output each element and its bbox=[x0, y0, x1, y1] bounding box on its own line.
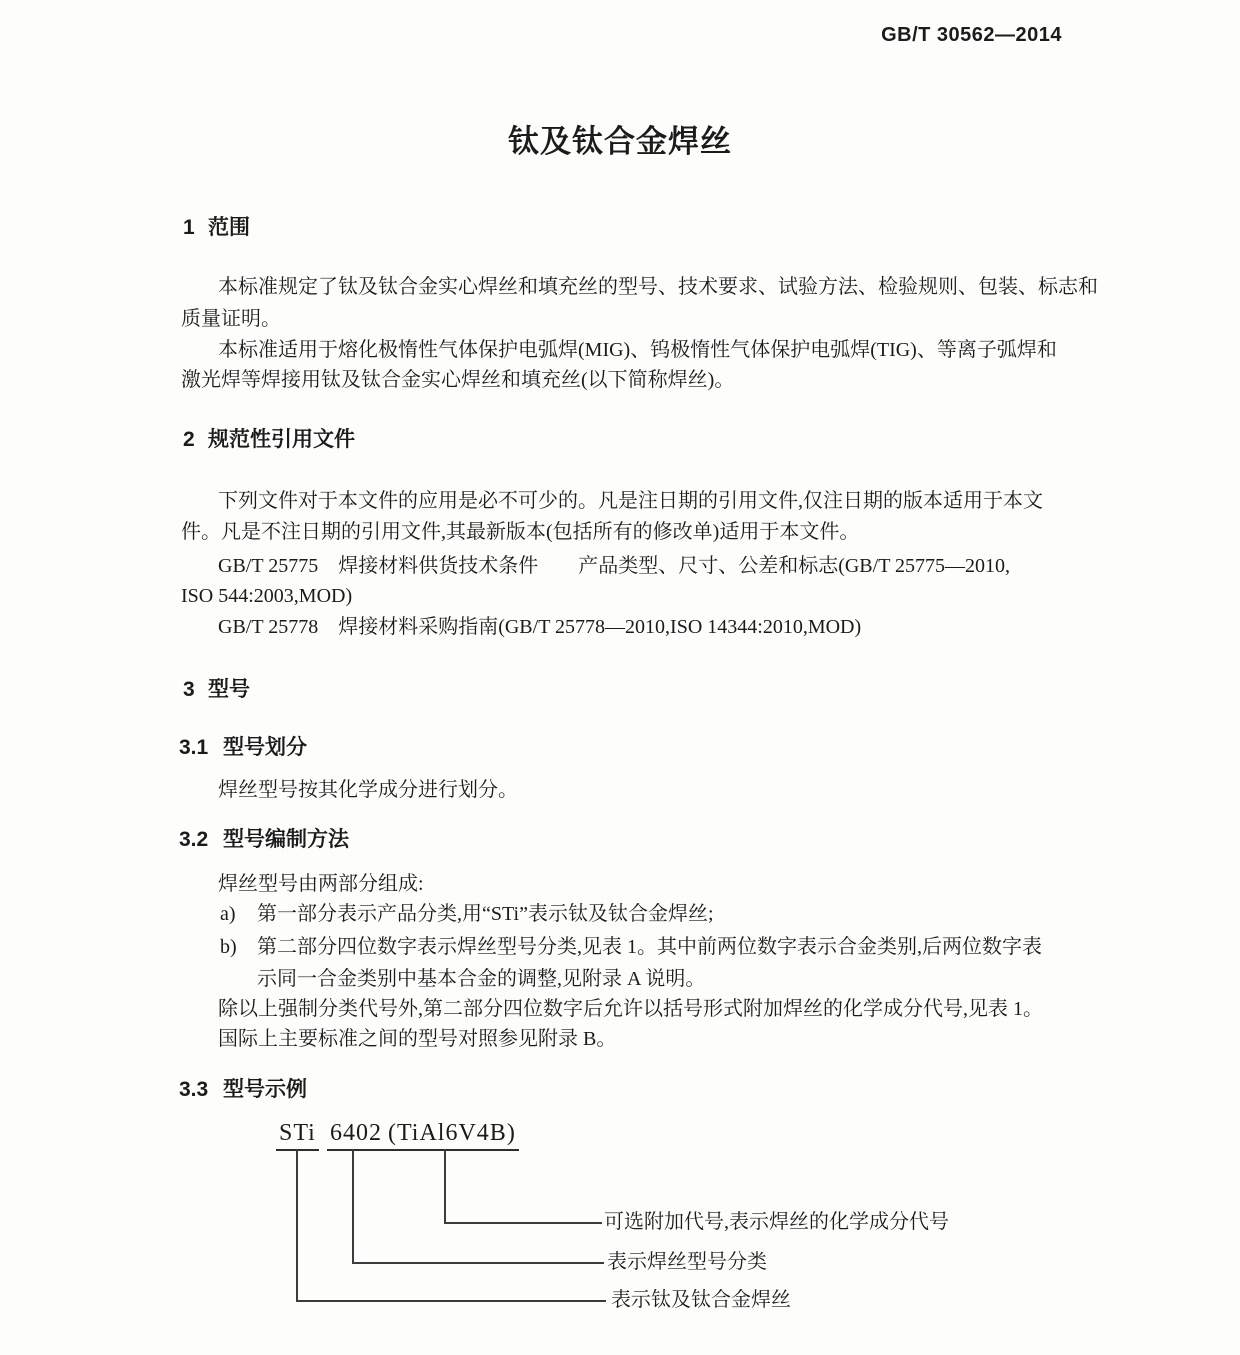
reference-2: GB/T 25778 焊接材料采购指南(GB/T 25778—2010,ISO … bbox=[218, 616, 861, 639]
scope-para2-line1: 本标准适用于熔化极惰性气体保护电弧焊(MIG)、钨极惰性气体保护电弧焊(TIG)… bbox=[218, 339, 1057, 362]
section-3-3-heading: 3.3 型号示例 bbox=[179, 1078, 307, 1102]
section-3-1-number: 3.1 bbox=[179, 736, 223, 760]
reference-1-line1: GB/T 25775 焊接材料供货技术条件 产品类型、尺寸、公差和标志(GB/T… bbox=[218, 555, 1010, 578]
section-3-2-title: 型号编制方法 bbox=[223, 828, 349, 852]
model-division-para: 焊丝型号按其化学成分进行划分。 bbox=[218, 779, 518, 802]
scope-para2-line2: 激光焊等焊接用钛及钛合金实心焊丝和填充丝(以下简称焊丝)。 bbox=[181, 369, 734, 392]
note-line2: 国际上主要标准之间的型号对照参见附录 B。 bbox=[218, 1028, 616, 1051]
example-product-code: STi bbox=[276, 1120, 319, 1151]
references-para-line1: 下列文件对于本文件的应用是必不可少的。凡是注日期的引用文件,仅注日期的版本适用于… bbox=[218, 490, 1043, 513]
list-item-b-marker: b) bbox=[220, 936, 257, 959]
section-3-title: 型号 bbox=[208, 678, 250, 702]
composition-intro: 焊丝型号由两部分组成: bbox=[218, 873, 424, 896]
leader-line-part1-vertical bbox=[296, 1149, 298, 1302]
leader-line-part2-horizontal bbox=[352, 1262, 604, 1264]
scope-para1-line2: 质量证明。 bbox=[181, 308, 281, 331]
note-line1: 除以上强制分类代号外,第二部分四位数字后允许以括号形式附加焊丝的化学成分代号,见… bbox=[218, 998, 1043, 1021]
standard-code: GB/T 30562—2014 bbox=[881, 24, 1062, 47]
example-model-digits: 6402 bbox=[327, 1120, 385, 1151]
section-3-3-number: 3.3 bbox=[179, 1078, 223, 1102]
scope-para1-line1: 本标准规定了钛及钛合金实心焊丝和填充丝的型号、技术要求、试验方法、检验规则、包装… bbox=[218, 276, 1098, 299]
section-3-number: 3 bbox=[183, 678, 208, 702]
section-3-2-heading: 3.2 型号编制方法 bbox=[179, 828, 349, 852]
example-label-chemical-code: 可选附加代号,表示焊丝的化学成分代号 bbox=[604, 1211, 949, 1234]
section-2-number: 2 bbox=[183, 428, 208, 452]
section-3-3-title: 型号示例 bbox=[223, 1078, 307, 1102]
section-1-heading: 1 范围 bbox=[183, 216, 250, 240]
section-2-heading: 2 规范性引用文件 bbox=[183, 428, 355, 452]
list-item-b-text-line2: 示同一合金类别中基本合金的调整,见附录 A 说明。 bbox=[257, 968, 705, 991]
example-chemical-code: (TiAl6V4B) bbox=[385, 1120, 519, 1151]
section-3-1-title: 型号划分 bbox=[223, 736, 307, 760]
section-1-title: 范围 bbox=[208, 216, 250, 240]
reference-1-line2: ISO 544:2003,MOD) bbox=[181, 585, 352, 608]
example-label-product-code: 表示钛及钛合金焊丝 bbox=[611, 1289, 791, 1312]
leader-line-part1-horizontal bbox=[296, 1300, 606, 1302]
list-item-b-text-line1: 第二部分四位数字表示焊丝型号分类,见表 1。其中前两位数字表示合金类别,后两位数… bbox=[257, 936, 1042, 959]
references-para-line2: 件。凡是不注日期的引用文件,其最新版本(包括所有的修改单)适用于本文件。 bbox=[181, 521, 859, 544]
list-item-b: b) 第二部分四位数字表示焊丝型号分类,见表 1。其中前两位数字表示合金类别,后… bbox=[220, 936, 1042, 959]
section-3-1-heading: 3.1 型号划分 bbox=[179, 736, 307, 760]
section-3-heading: 3 型号 bbox=[183, 678, 250, 702]
section-2-title: 规范性引用文件 bbox=[208, 428, 355, 452]
section-3-2-number: 3.2 bbox=[179, 828, 223, 852]
leader-line-part3-vertical bbox=[444, 1149, 446, 1224]
leader-line-part3-horizontal bbox=[444, 1222, 602, 1224]
list-item-a: a) 第一部分表示产品分类,用“STi”表示钛及钛合金焊丝; bbox=[220, 903, 714, 926]
document-title: 钛及钛合金焊丝 bbox=[0, 116, 1240, 161]
list-item-a-text: 第一部分表示产品分类,用“STi”表示钛及钛合金焊丝; bbox=[257, 903, 714, 926]
leader-line-part2-vertical bbox=[352, 1149, 354, 1264]
document-page: GB/T 30562—2014 钛及钛合金焊丝 1 范围 本标准规定了钛及钛合金… bbox=[0, 0, 1240, 1355]
example-label-model-digits: 表示焊丝型号分类 bbox=[607, 1251, 767, 1274]
section-1-number: 1 bbox=[183, 216, 208, 240]
list-item-a-marker: a) bbox=[220, 903, 257, 926]
